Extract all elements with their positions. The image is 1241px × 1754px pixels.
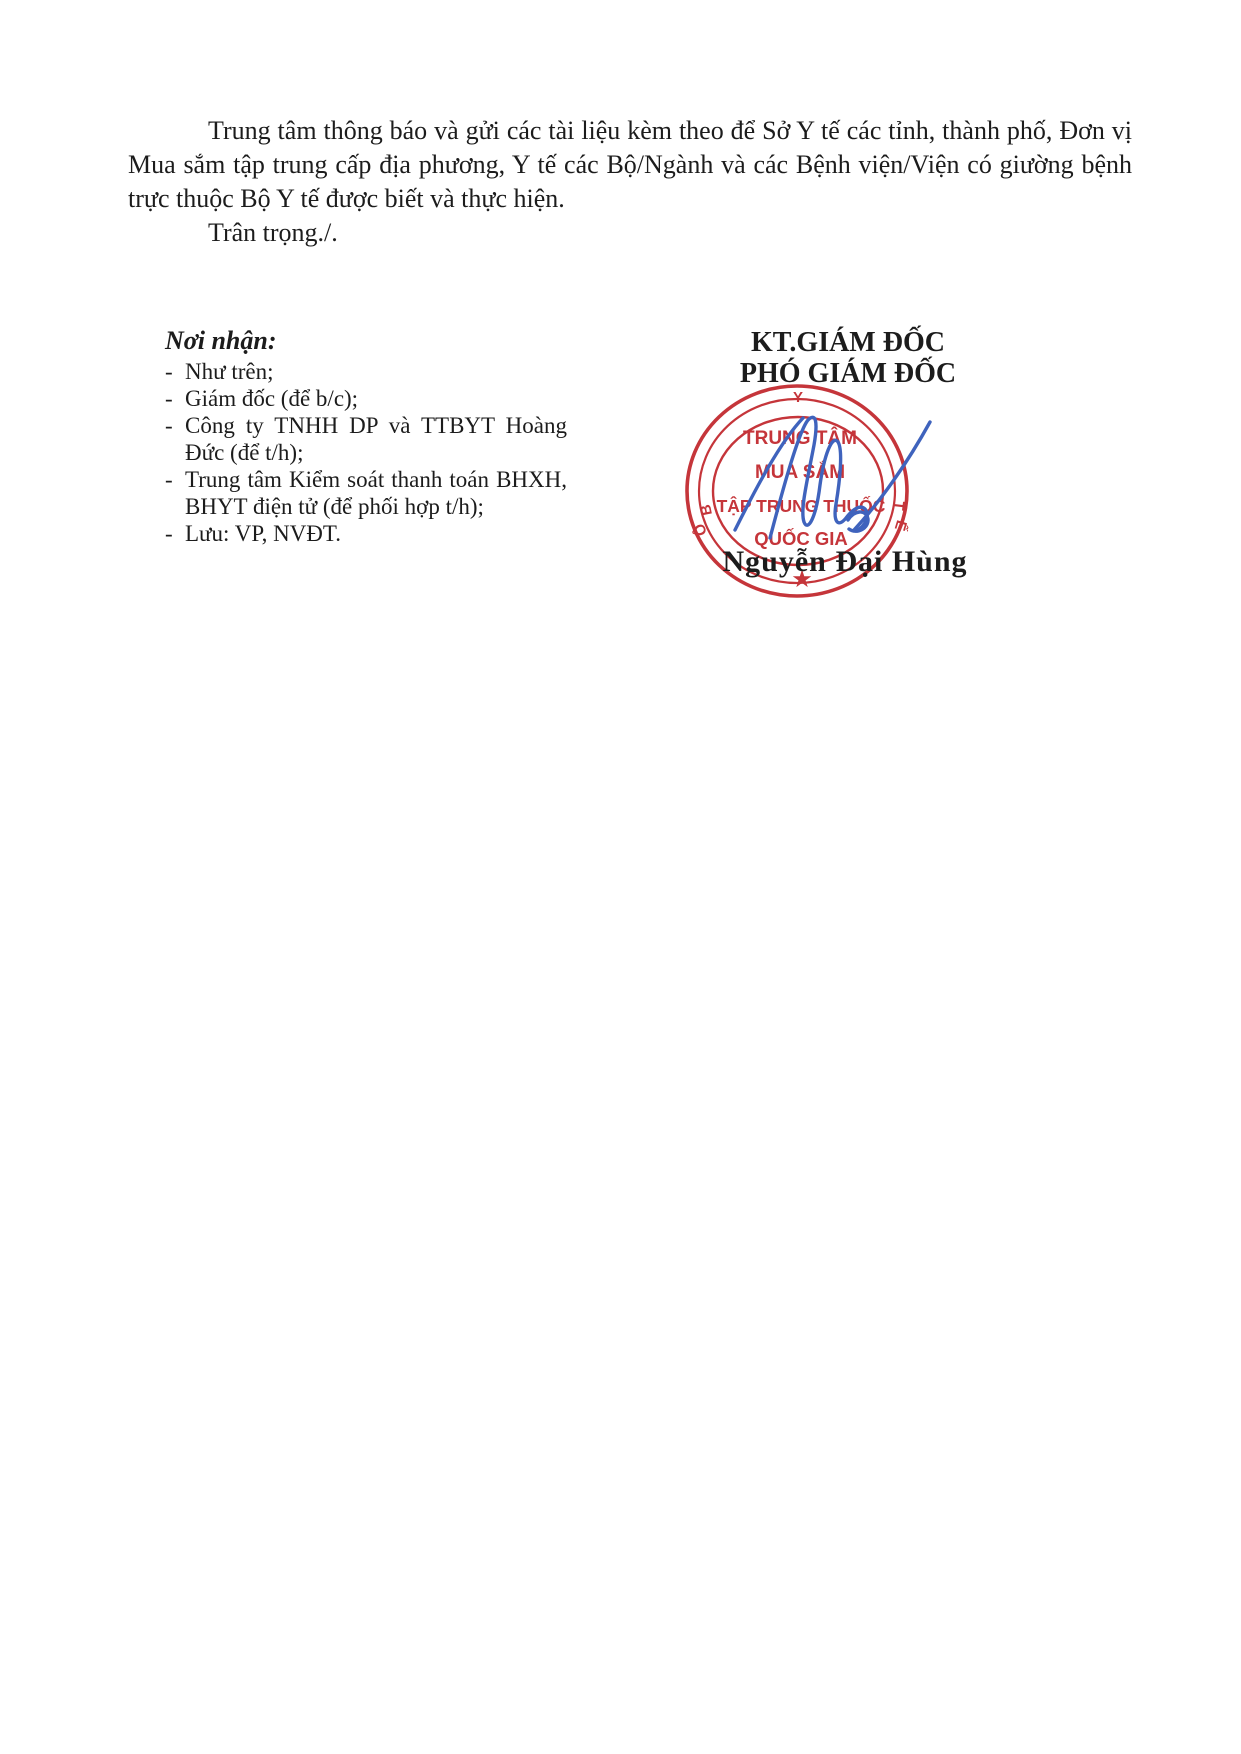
list-item: - Như trên; [165, 358, 567, 385]
dash-marker: - [165, 358, 185, 385]
closing-line: Trân trọng./. [128, 216, 1132, 250]
ring-letter-top: Y [793, 389, 803, 406]
recipient-text: Giám đốc (để b/c); [185, 385, 567, 412]
signer-position-line1: KT.GIÁM ĐỐC [648, 327, 1048, 358]
dash-marker: - [165, 466, 185, 520]
ring-letter-right: Ế [891, 518, 910, 533]
recipient-text: Công ty TNHH DP và TTBYT Hoàng Đức (để t… [185, 412, 567, 466]
signer-name: Nguyễn Đại Hùng [640, 545, 1050, 579]
recipients-block: Nơi nhận: - Như trên; - Giám đốc (để b/c… [165, 326, 567, 547]
recipient-text: Trung tâm Kiểm soát thanh toán BHXH, BHY… [185, 466, 567, 520]
dash-marker: - [165, 412, 185, 466]
list-item: - Lưu: VP, NVĐT. [165, 520, 567, 547]
list-item: - Giám đốc (để b/c); [165, 385, 567, 412]
list-item: - Công ty TNHH DP và TTBYT Hoàng Đức (để… [165, 412, 567, 466]
dash-marker: - [165, 520, 185, 547]
notification-paragraph: Trung tâm thông báo và gửi các tài liệu … [128, 114, 1132, 216]
recipient-text: Như trên; [185, 358, 567, 385]
document-page: Trung tâm thông báo và gửi các tài liệu … [0, 0, 1241, 1754]
official-stamp: Y B Ộ T Ế ★ TRUNG TÂM MUA SẮM TẬP TRUNG … [640, 370, 960, 620]
recipients-header: Nơi nhận: [165, 326, 567, 356]
list-item: - Trung tâm Kiểm soát thanh toán BHXH, B… [165, 466, 567, 520]
body-text-block: Trung tâm thông báo và gửi các tài liệu … [128, 114, 1132, 250]
recipient-text: Lưu: VP, NVĐT. [185, 520, 567, 547]
dash-marker: - [165, 385, 185, 412]
